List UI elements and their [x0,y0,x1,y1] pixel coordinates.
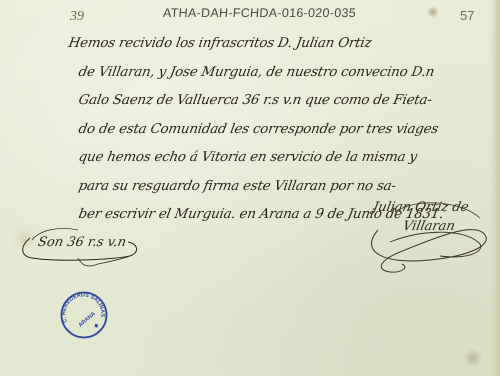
signature-line-2: Villaran [401,219,456,234]
archive-stamp-icon: C. HEREDEROS SALINAS ARANA [59,290,109,340]
folio-number-right: 57 [460,8,474,23]
body-line: para su resguardo firma este Villaran po… [66,173,497,202]
body-line: de Villaran, y Jose Murguia, de nuestro … [66,59,497,88]
document-page: 39 ATHA-DAH-FCHDA-016-020-035 57 Hemos r… [0,0,500,376]
stain [427,6,439,18]
stain [462,350,484,366]
signature-line-1: Julian Ortiz de [371,200,470,215]
folio-number-left: 39 [70,9,84,25]
body-line: Galo Saenz de Valluerca 36 r.s v.n que c… [66,87,497,116]
body-line: Hemos recivido los infrascritos D. Julia… [66,30,497,59]
receipt-amount: Son 36 r.s v.n [18,226,140,270]
amount-flourish-icon [18,226,140,276]
amount-note: Son 36 r.s v.n [37,235,128,250]
archive-reference-code: ATHA-DAH-FCHDA-016-020-035 [163,6,357,20]
body-line: do de esta Comunidad les corresponde por… [66,116,497,145]
stamp-inner-text: ARANA [78,311,97,328]
body-line: que hemos echo á Vitoria en servicio de … [66,144,497,173]
